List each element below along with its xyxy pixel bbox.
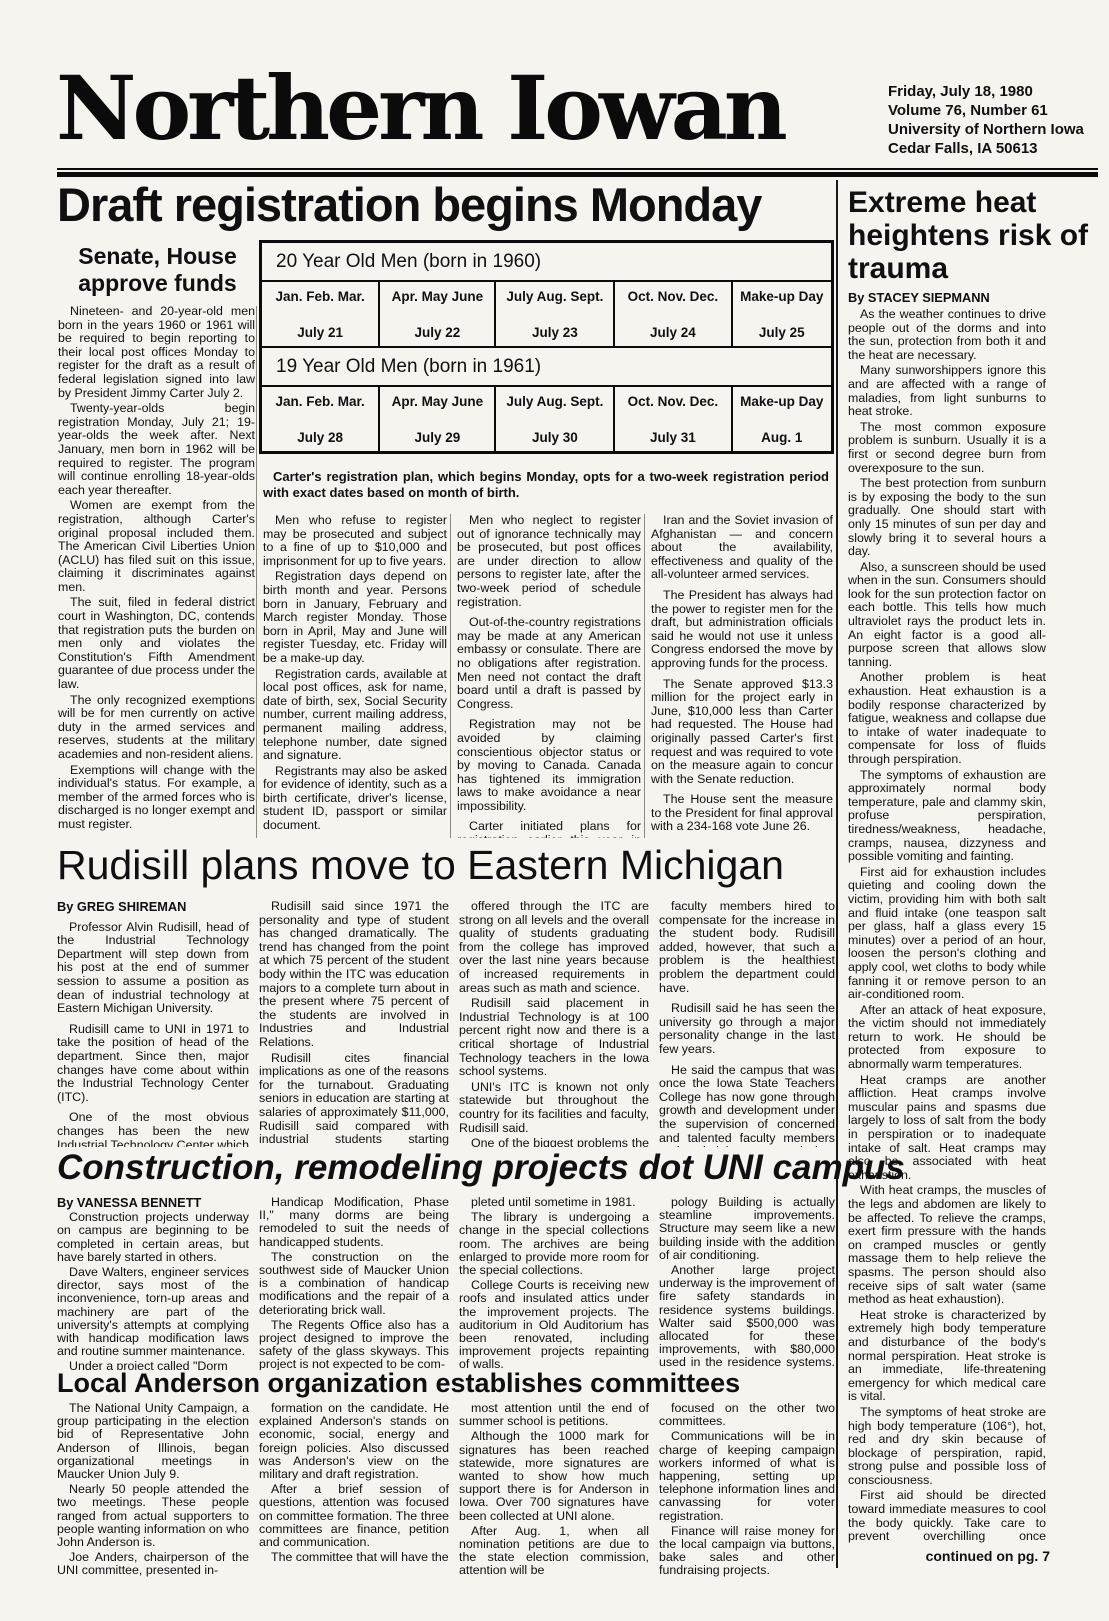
paragraph: The committee that will have the [259,1551,449,1564]
table-cell: Oct. Nov. Dec. July 31 [615,387,732,451]
paragraph: Rudisill cites financial implications as… [259,1052,449,1147]
cell-date: July 21 [297,325,343,340]
construction-column-2: Handicap Modification, Phase II," many d… [259,1196,449,1370]
paragraph: One of the most obvious changes has been… [57,1111,249,1147]
table-cell: Apr. May June July 29 [380,387,496,451]
cell-date: July 23 [532,325,578,340]
construction-column-3: pleted until sometime in 1981.The librar… [459,1196,649,1370]
paragraph: most attention until the end of summer s… [459,1402,649,1428]
paragraph: focused on the other two committees. [659,1402,835,1428]
table-cell: Oct. Nov. Dec. July 24 [615,282,732,346]
paragraph: Women are exempt from the registration, … [58,499,255,594]
issue-volume: Volume 76, Number 61 [888,101,1098,120]
cell-months: Apr. May June [392,289,484,304]
table-section-title-19: 19 Year Old Men (born in 1961) [262,348,831,385]
table-cell: Make-up Day Aug. 1 [733,387,831,451]
paragraph: Although the 1000 mark for signatures ha… [459,1430,649,1522]
paragraph: The only recognized exemptions will be f… [58,694,255,762]
table-cell: July Aug. Sept. July 23 [496,282,615,346]
paragraph: formation on the candidate. He explained… [259,1402,449,1481]
paragraph: The symptoms of heat stroke are high bod… [848,1406,1046,1488]
rudisill-column-4: faculty members hired to compensate for … [659,900,835,1147]
paragraph: With heat cramps, the muscles of the leg… [848,1184,1046,1306]
paragraph: As the weather continues to drive people… [848,308,1046,362]
cell-months: July Aug. Sept. [506,394,603,409]
table-cell: Make-up Day July 25 [733,282,831,346]
construction-byline: By VANESSA BENNETT [57,1196,249,1209]
continued-notice: continued on pg. 7 [850,1548,1050,1564]
paragraph: First aid should be directed toward imme… [848,1489,1046,1544]
paragraph: Many sunworshippers ignore this and are … [848,364,1046,418]
paragraph: Finance will raise money for the local c… [659,1525,835,1578]
paragraph: Also, a sunscreen should be used when in… [848,561,1046,670]
cell-date: July 22 [414,325,460,340]
paragraph: UNI's ITC is known not only statewide bu… [459,1081,649,1135]
paragraph: Heat stroke is characterized by extremel… [848,1309,1046,1404]
paragraph: faculty members hired to compensate for … [659,900,835,995]
paragraph: Nearly 50 people attended the two meetin… [57,1483,249,1549]
issue-date: Friday, July 18, 1980 [888,82,1098,101]
cell-date: July 25 [759,325,805,340]
paragraph: Twenty-year-olds begin registration Mond… [58,402,255,497]
paragraph: Exemptions will change with the individu… [58,764,255,832]
paragraph: The National Unity Campaign, a group par… [57,1402,249,1481]
column-rule [450,514,451,838]
rudisill-column-2: Rudisill said since 1971 the personality… [259,900,449,1147]
paragraph: Registrants may also be asked for eviden… [263,765,447,833]
cell-date: July 31 [650,430,696,445]
masthead-title: Northern Iowan [56,64,784,152]
heat-byline: By STACEY SIEPMANN [848,290,1088,305]
paragraph: One of the biggest problems the departme… [459,1137,649,1147]
paragraph: First aid for exhaustion includes quieti… [848,866,1046,1002]
paragraph: After Aug. 1, when all nomination petiti… [459,1525,649,1578]
paragraph: Nineteen- and 20-year-old men born in th… [58,305,255,400]
table-section-title-20: 20 Year Old Men (born in 1960) [262,243,831,280]
paragraph: Men who refuse to register may be prosec… [263,514,447,568]
paragraph: The President has always had the power t… [651,589,833,671]
issue-university: University of Northern Iowa [888,120,1098,139]
construction-column-4: pology Building is actually steamline im… [659,1196,835,1370]
table-row-19: Jan. Feb. Mar. July 28 Apr. May June Jul… [262,385,831,451]
cell-date: Aug. 1 [761,430,802,445]
draft-column-3: Men who neglect to register out of ignor… [457,514,641,838]
newspaper-front-page: Northern Iowan Friday, July 18, 1980 Vol… [0,0,1109,1621]
paragraph: Registration days depend on birth month … [263,570,447,665]
table-cell: Apr. May June July 22 [380,282,496,346]
paragraph: pleted until sometime in 1981. [459,1196,649,1209]
paragraph: Registration cards, available at local p… [263,668,447,763]
heat-headline: Extreme heat heightens risk of trauma [848,186,1090,285]
issue-address: Cedar Falls, IA 50613 [888,139,1098,158]
paragraph: Rudisill said he has seen the university… [659,1002,835,1056]
cell-date: July 30 [532,430,578,445]
draft-column-1: Nineteen- and 20-year-old men born in th… [58,305,255,838]
paragraph: Joe Anders, chairperson of the UNI commi… [57,1551,249,1577]
cell-months: Jan. Feb. Mar. [276,289,365,304]
draft-column-4: Iran and the Soviet invasion of Afghanis… [651,514,833,838]
rudisill-column-1: By GREG SHIREMAN Professor Alvin Rudisil… [57,900,249,1147]
masthead-rule-thick [57,172,1098,177]
paragraph: Another problem is heat exhaustion. Heat… [848,671,1046,766]
paragraph: The Regents Office also has a project de… [259,1319,449,1370]
draft-column-2: Men who refuse to register may be prosec… [263,514,447,838]
registration-table: 20 Year Old Men (born in 1960) Jan. Feb.… [259,240,834,454]
issue-info: Friday, July 18, 1980 Volume 76, Number … [888,82,1098,158]
paragraph: The construction on the southwest side o… [259,1251,449,1317]
cell-months: Jan. Feb. Mar. [276,394,365,409]
paragraph: The Senate approved $13.3 million for th… [651,678,833,787]
anderson-column-3: most attention until the end of summer s… [459,1402,649,1588]
rudisill-column-3: offered through the ITC are strong on al… [459,900,649,1147]
paragraph: Dave Walters, engineer services director… [57,1266,249,1358]
paragraph: The House sent the measure to the Presid… [651,793,833,834]
paragraph: Another large project underway is the im… [659,1264,835,1370]
paragraph: The suit, filed in federal district cour… [58,596,255,691]
cell-date: July 24 [650,325,696,340]
cell-months: Oct. Nov. Dec. [628,289,719,304]
paragraph: Rudisill said since 1971 the personality… [259,900,449,1050]
table-row-20: Jan. Feb. Mar. July 21 Apr. May June Jul… [262,280,831,348]
cell-date: July 29 [414,430,460,445]
table-cell: July Aug. Sept. July 30 [496,387,615,451]
cell-date: July 28 [297,430,343,445]
paragraph: Registration may not be avoided by claim… [457,718,641,813]
paragraph: After a brief session of questions, atte… [259,1483,449,1549]
paragraph: offered through the ITC are strong on al… [459,900,649,995]
paragraph: Rudisill said placement in Industrial Te… [459,997,649,1079]
table-caption: Carter's registration plan, which begins… [263,469,829,501]
paragraph: He said the campus that was once the Iow… [659,1064,835,1147]
paragraph: The symptoms of exhaustion are approxima… [848,769,1046,864]
paragraph: Iran and the Soviet invasion of Afghanis… [651,514,833,582]
paragraph: Professor Alvin Rudisill, head of the In… [57,921,249,1016]
paragraph: The most common exposure problem is sunb… [848,421,1046,475]
column-rule [644,514,645,838]
paragraph: College Courts is receiving new roofs an… [459,1279,649,1370]
construction-column-1: By VANESSA BENNETT Construction projects… [57,1196,249,1370]
construction-headline: Construction, remodeling projects dot UN… [57,1150,839,1185]
anderson-column-4: focused on the other two committees.Comm… [659,1402,835,1588]
paragraph: After an attack of heat exposure, the vi… [848,1004,1046,1072]
draft-subhead: Senate, House approve funds [60,243,255,297]
masthead-rule-thin [57,168,1098,170]
anderson-headline: Local Anderson organization establishes … [57,1370,839,1397]
paragraph: pology Building is actually steamline im… [659,1196,835,1262]
heat-column: As the weather continues to drive people… [848,308,1046,1544]
column-rule [256,306,257,838]
paragraph: Men who neglect to register out of ignor… [457,514,641,609]
anderson-column-2: formation on the candidate. He explained… [259,1402,449,1588]
cell-months: Make-up Day [740,289,823,304]
cell-months: Oct. Nov. Dec. [628,394,719,409]
cell-months: July Aug. Sept. [506,289,603,304]
rudisill-column-1-text: Professor Alvin Rudisill, head of the In… [57,921,249,1147]
paragraph: Carter initiated plans for registration … [457,820,641,838]
paragraph: The best protection from sunburn is by e… [848,477,1046,559]
construction-column-1-text: Construction projects underway on campus… [57,1211,249,1370]
table-cell: Jan. Feb. Mar. July 21 [262,282,380,346]
paragraph: Handicap Modification, Phase II," many d… [259,1196,449,1249]
paragraph: Out-of-the-country registrations may be … [457,616,641,711]
paragraph: The library is undergoing a change in th… [459,1211,649,1277]
rudisill-headline: Rudisill plans move to Eastern Michigan [57,845,839,886]
rudisill-byline: By GREG SHIREMAN [57,900,249,914]
table-cell: Jan. Feb. Mar. July 28 [262,387,380,451]
paragraph: Construction projects underway on campus… [57,1211,249,1264]
cell-months: Apr. May June [392,394,484,409]
draft-headline: Draft registration begins Monday [57,181,839,228]
anderson-column-1: The National Unity Campaign, a group par… [57,1402,249,1588]
paragraph: Communications will be in charge of keep… [659,1430,835,1522]
cell-months: Make-up Day [740,394,823,409]
paragraph: Rudisill came to UNI in 1971 to take the… [57,1023,249,1105]
